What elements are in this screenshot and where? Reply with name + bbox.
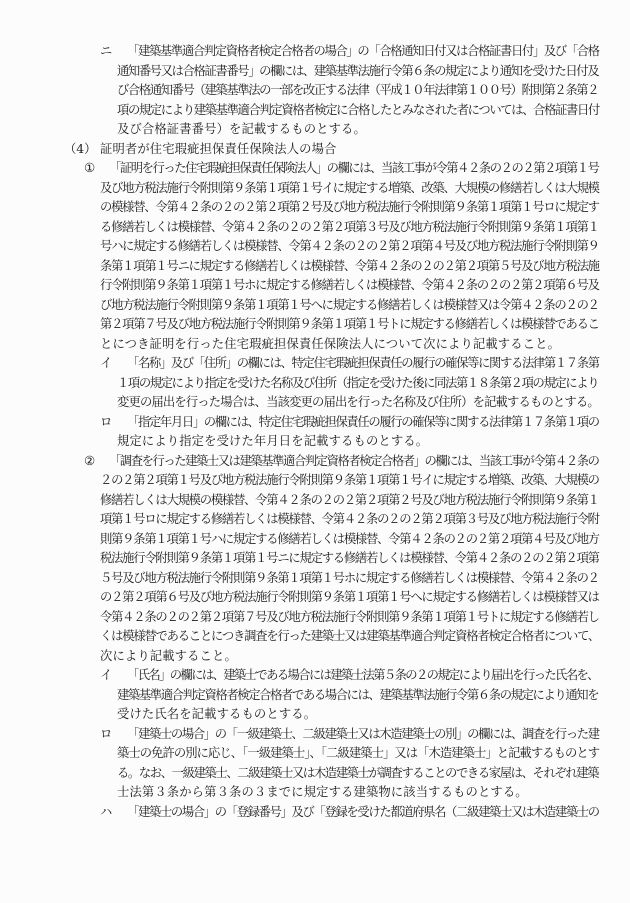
paragraph-line: 税法施行令附則第９条第１項第１号ニに規定する修繕若しくは模様替、令第４２条の２の… bbox=[100, 549, 599, 569]
paragraph-line: 「証明を行った住宅瑕疵担保責任保険法人」の欄には、当該工事が令第４２条の２の２第… bbox=[109, 159, 599, 179]
paragraph-line: 「調査を行った建築士又は建築基準適合判定資格者検定合格者」の欄には、当該工事が令… bbox=[109, 452, 599, 472]
paragraph-line: 通知番号又は合格証書番号」の欄には、建築基準法施行令第６条の規定により通知を受け… bbox=[117, 62, 598, 82]
paragraph-line: 則第９条第１項第１号ハに規定する修繕若しくは模様替、令第４２条の２の２第２項第４… bbox=[100, 530, 599, 550]
paragraph-line: 「建築基準適合判定資格者検定合格者の場合」の「合格通知日付又は合格証書日付」及び… bbox=[127, 42, 599, 62]
paragraph-line: 行令附則第９条第１項第１号ホに規定する修繕若しくは模様替、令第４２条の２の２第２… bbox=[100, 276, 599, 296]
paragraph-line: 及び合格証書番号）を記載するものとする。 bbox=[117, 120, 366, 140]
paragraph-line: 項第１号ロに規定する修繕若しくは模様替、令第４２条の２の２第２項第３号及び地方税… bbox=[100, 510, 599, 530]
paragraph-line: 受けた氏名を記載するものとする。 bbox=[117, 705, 316, 725]
paragraph-line: ２の２第２項第１号及び地方税法施行令附則第９条第１項第１号イに規定する増築、改築… bbox=[100, 471, 599, 491]
paragraph-line: 令第４２条の２の２第２項第７号及び地方税法施行令附則第９条第１項第１号トに規定す… bbox=[100, 608, 599, 628]
paragraph-line: び合格通知番号（建築基準法の一部を改正する法律（平成１０年法律第１００号）附則第… bbox=[117, 81, 598, 101]
item-marker-ni: ニ bbox=[100, 42, 112, 62]
paragraph-line: 「建築士の場合」の「一級建築士、二級建築士又は木造建築士の別」の欄には、調査を行… bbox=[127, 725, 599, 745]
item-marker-ha: ハ bbox=[100, 803, 112, 823]
paragraph-line: 規定により指定を受けた年月日を記載するものとする。 bbox=[117, 432, 428, 452]
paragraph-line: る修繕若しくは模様替、令第４２条の２の２第２項第３号及び地方税法施行令附則第９条… bbox=[100, 218, 599, 238]
paragraph-line: 及び地方税法施行令附則第９条第１項第１号イに規定する増築、改築、大規模の修繕若し… bbox=[100, 179, 599, 199]
paragraph-line: 築士の免許の別に応じ、「一級建築士」、「二級建築士」又は「木造建築士」と記載する… bbox=[117, 744, 599, 764]
section-number: （4） bbox=[64, 140, 96, 160]
paragraph-line: の２第２項第６号及び地方税法施行令附則第９条第１項第１号へに規定する修繕若しくは… bbox=[100, 588, 599, 608]
item-marker-circle-2: ② bbox=[84, 452, 95, 472]
item-marker-ro: ロ bbox=[100, 413, 112, 433]
item-marker-i: イ bbox=[100, 666, 112, 686]
paragraph-line: 第２項第７号及び地方税法施行令附則第９条第１項第１号トに規定する修繕若しくは模様… bbox=[100, 315, 599, 335]
paragraph-line: 変更の届出を行った場合は、当該変更の届出を行った名称及び住所）を記載するものとす… bbox=[117, 393, 599, 413]
item-marker-i: イ bbox=[100, 354, 112, 374]
paragraph-line: 修繕若しくは大規模の模様替、令第４２条の２の２第２項第２号及び地方税法施行令附則… bbox=[100, 491, 599, 511]
paragraph-line: とにつき証明を行った住宅瑕疵担保責任保険法人について次により記載すること。 bbox=[100, 335, 560, 355]
paragraph-line: 建築基準適合判定資格者検定合格者である場合には、建築基準法施行令第６条の規定によ… bbox=[117, 686, 598, 706]
paragraph-line: 士法第３条から第３条の３までに規定する建築物に該当するものとする。 bbox=[117, 783, 528, 803]
section-heading: 証明者が住宅瑕疵担保責任保険法人の場合 bbox=[100, 140, 337, 160]
paragraph-line: の模様替、令第４２条の２の２第２項第２号及び地方税法施行令附則第９条第１項第１号… bbox=[100, 198, 599, 218]
paragraph-line: くは模様替であることにつき調査を行った建築士又は建築基準適合判定資格者検定合格者… bbox=[100, 627, 599, 647]
paragraph-line: る。なお、一級建築士、二級建築士又は木造建築士が調査することのできる家屋は、それ… bbox=[117, 764, 598, 784]
paragraph-line: 「指定年月日」の欄には、特定住宅瑕疵担保責任の履行の確保等に関する法律第１７条第… bbox=[127, 413, 599, 433]
paragraph-line: 「氏名」の欄には、建築士である場合には建築士法第５条の２の規定により届出を行った… bbox=[127, 666, 598, 686]
item-marker-circle-1: ① bbox=[84, 159, 95, 179]
paragraph-line: 「建築士の場合」の「登録番号」及び「登録を受けた都道府県名（二級建築士又は木造建… bbox=[127, 803, 599, 823]
paragraph-line: 条第１項第１号ニに規定する修繕若しくは模様替、令第４２条の２の２第２項第５号及び… bbox=[100, 257, 599, 277]
document-page: ニ 「建築基準適合判定資格者検定合格者の場合」の「合格通知日付又は合格証書日付」… bbox=[0, 0, 630, 903]
paragraph-line: ５号及び地方税法施行令附則第９条第１項第１号ホに規定する修繕若しくは模様替、令第… bbox=[100, 569, 599, 589]
paragraph-line: １項の規定により指定を受けた名称及び住所（指定を受けた後に同法第１８条第２項の規… bbox=[117, 374, 598, 394]
paragraph-line: び地方税法施行令附則第９条第１項第１号へに規定する修繕若しくは模様替又は令第４２… bbox=[100, 296, 599, 316]
paragraph-line: 次により記載すること。 bbox=[100, 647, 237, 667]
item-marker-ro: ロ bbox=[100, 725, 112, 745]
paragraph-line: 項の規定により建築基準適合判定資格者検定に合格したとみなされた者については、合格… bbox=[117, 101, 599, 121]
paragraph-line: 号ハに規定する修繕若しくは模様替、令第４２条の２の２第２項第４号及び地方税法施行… bbox=[100, 237, 599, 257]
paragraph-line: 「名称」及び「住所」の欄には、特定住宅瑕疵担保責任の履行の確保等に関する法律第１… bbox=[127, 354, 599, 374]
